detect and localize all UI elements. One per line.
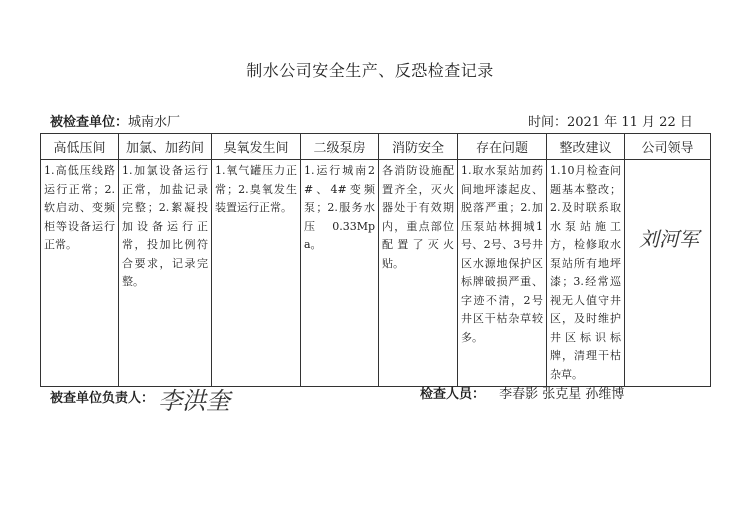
cell-high-low-voltage: 1.高低压线路运行正常；2.软启动、变频柜等设备运行正常。 [41, 160, 119, 387]
header-issues: 存在问题 [458, 134, 547, 160]
header-secondary-pump: 二级泵房 [301, 134, 379, 160]
inspected-unit: 被检查单位：城南水厂 [50, 111, 180, 130]
cell-issues: 1.取水泵站加药间地坪漆起皮、脱落严重；2.加压泵站林拥城1号、2号、3号井区水… [458, 160, 547, 387]
inspection-table: 高低压间 加氯、加药间 臭氧发生间 二级泵房 消防安全 存在问题 整改建议 公司… [40, 133, 711, 387]
inspection-date: 时间：2021 年 11 月 22 日 [528, 111, 693, 130]
cell-secondary-pump: 1.运行城南2#、4#变频泵；2.服务水压0.33Mpa。 [301, 160, 379, 387]
inspected-unit-label: 被检查单位： [50, 115, 128, 130]
page-title: 制水公司安全生产、反恐检查记录 [0, 58, 740, 81]
inspectors-names: 李春影 张克星 孙维博 [499, 387, 624, 402]
inspected-unit-value: 城南水厂 [128, 115, 180, 130]
table-header-row: 高低压间 加氯、加药间 臭氧发生间 二级泵房 消防安全 存在问题 整改建议 公司… [41, 134, 711, 160]
responsible-person: 被查单位负责人：李洪奎 [50, 381, 230, 416]
header-high-low-voltage: 高低压间 [41, 134, 119, 160]
inspection-record-page: 制水公司安全生产、反恐检查记录 被检查单位：城南水厂 时间：2021 年 11 … [0, 0, 740, 515]
header-ozone-room: 臭氧发生间 [212, 134, 301, 160]
cell-chlorine-dosing: 1.加氯设备运行正常，加盐记录完整；2.絮凝投加设备运行正常，投加比例符合要求，… [119, 160, 212, 387]
header-chlorine-dosing: 加氯、加药间 [119, 134, 212, 160]
header-suggestions: 整改建议 [547, 134, 625, 160]
responsible-label: 被查单位负责人： [50, 391, 154, 406]
header-fire-safety: 消防安全 [379, 134, 458, 160]
header-company-leader: 公司领导 [625, 134, 711, 160]
inspectors-label: 检查人员： [420, 387, 485, 402]
cell-fire-safety: 各消防设施配置齐全，灭火器处于有效期内，重点部位配置了灭火贴。 [379, 160, 458, 387]
inspectors: 检查人员： 李春影 张克星 孙维博 [420, 383, 624, 402]
date-value: 2021 年 11 月 22 日 [567, 115, 693, 130]
responsible-signature: 李洪奎 [158, 387, 230, 415]
leader-signature: 刘河军 [639, 230, 699, 249]
date-label: 时间： [528, 115, 567, 130]
cell-company-leader: 刘河军 [625, 160, 711, 387]
table-row: 1.高低压线路运行正常；2.软启动、变频柜等设备运行正常。 1.加氯设备运行正常… [41, 160, 711, 387]
cell-ozone-room: 1.氧气罐压力正常；2.臭氧发生装置运行正常。 [212, 160, 301, 387]
cell-suggestions: 1.10月检查问题基本整改；2.及时联系取水泵站施工方，检修取水泵站所有地坪漆；… [547, 160, 625, 387]
